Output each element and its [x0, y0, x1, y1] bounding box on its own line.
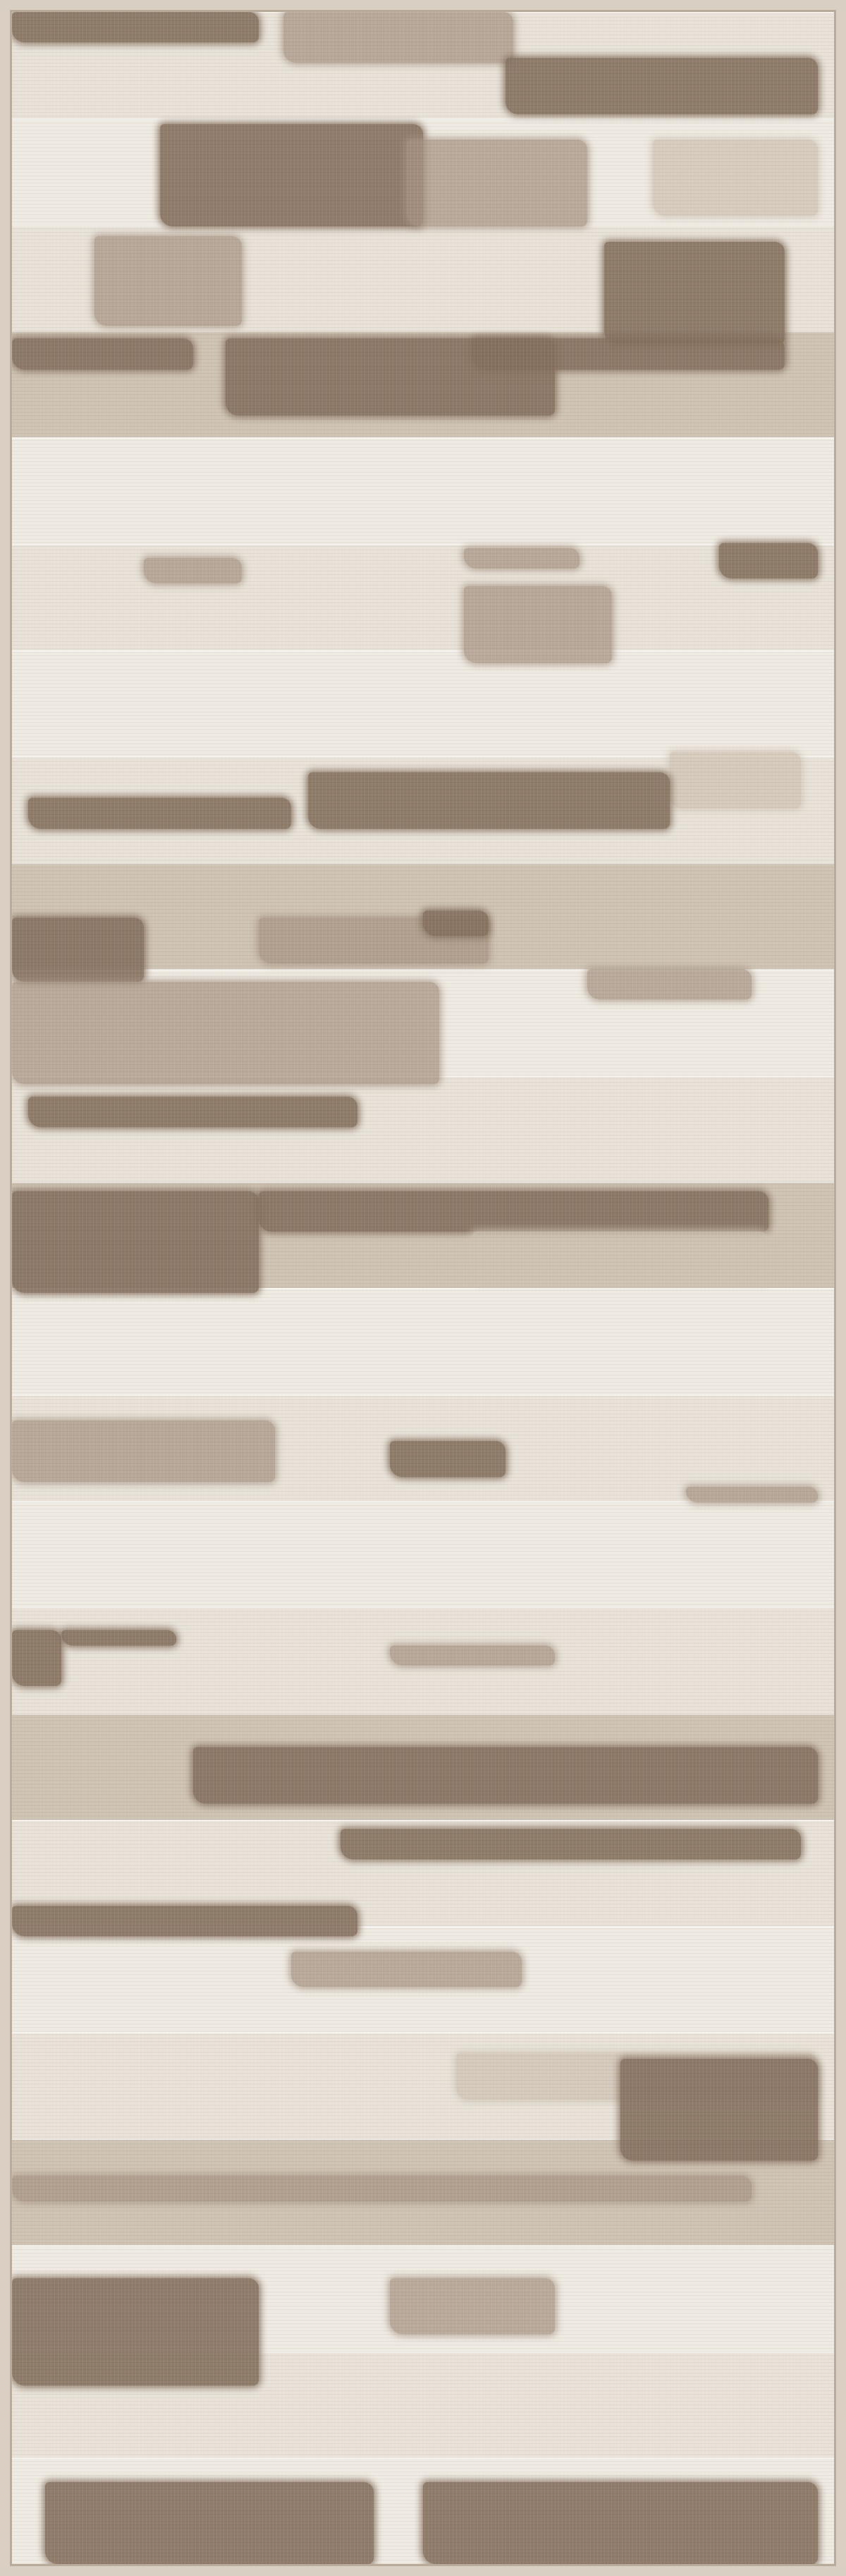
- rug-patch: [291, 1952, 521, 1988]
- rug-patch: [12, 918, 144, 981]
- rug-patch: [12, 982, 439, 1084]
- rug-patch: [390, 1441, 505, 1477]
- rug-patch: [12, 1191, 259, 1294]
- rug-patch: [653, 140, 817, 217]
- rug-patch: [259, 1191, 768, 1232]
- rug-patch: [308, 772, 670, 829]
- rug-band: [12, 437, 834, 545]
- rug-field: [10, 10, 836, 2566]
- rug-patch: [505, 58, 818, 114]
- rug-patch: [12, 339, 193, 369]
- rug-patch: [464, 548, 579, 569]
- rug-band: [12, 1288, 834, 1395]
- rug-image: [0, 0, 846, 2576]
- rug-patch: [472, 339, 785, 369]
- rug-patch: [12, 1421, 275, 1482]
- rug-patch: [283, 12, 513, 63]
- rug-patch: [719, 543, 818, 579]
- rug-patch: [587, 969, 752, 1000]
- rug-band: [12, 650, 834, 758]
- rug-patch: [12, 2176, 752, 2201]
- rug-patch: [28, 1097, 357, 1127]
- rug-patch: [407, 140, 588, 226]
- rug-patch: [620, 2059, 818, 2161]
- rug-band: [12, 1076, 834, 1183]
- rug-patch: [28, 798, 291, 828]
- rug-patch: [94, 236, 243, 326]
- rug-patch: [341, 1829, 801, 1859]
- rug-patch: [61, 1630, 176, 1646]
- rug-patch: [12, 12, 259, 42]
- rug-patch: [12, 2278, 259, 2386]
- rug-patch: [464, 586, 612, 663]
- rug-patch: [45, 2482, 374, 2564]
- rug-band: [12, 544, 834, 651]
- rug-patch: [423, 911, 489, 936]
- rug-patch: [390, 2278, 554, 2335]
- rug-patch: [472, 1232, 768, 1282]
- rug-patch: [12, 1630, 61, 1687]
- rug-patch: [12, 1906, 357, 1936]
- rug-band: [12, 1501, 834, 1608]
- rug-patch: [160, 124, 423, 226]
- rug-patch: [390, 1646, 554, 1666]
- rug-patch: [193, 1747, 818, 1804]
- rug-patch: [423, 2482, 818, 2564]
- rug-patch: [604, 242, 785, 344]
- rug-patch: [144, 558, 243, 583]
- rug-patch: [686, 1487, 818, 1502]
- rug-patch: [670, 752, 802, 808]
